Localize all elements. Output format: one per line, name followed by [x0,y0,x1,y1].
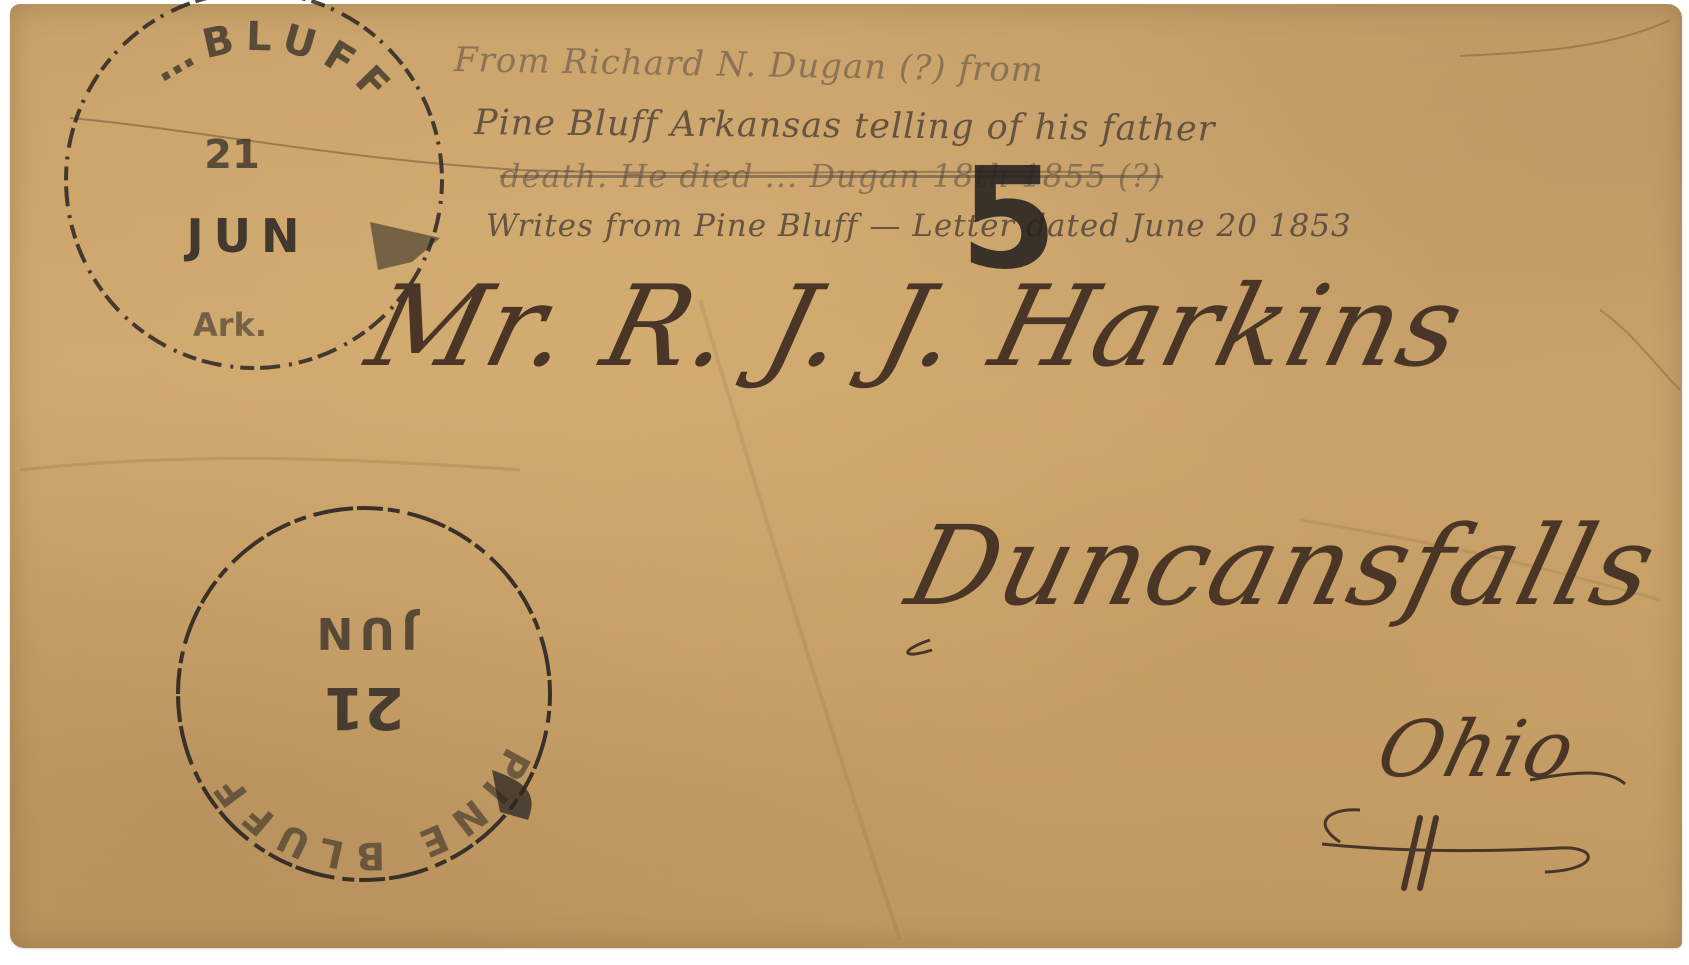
svg-text:21: 21 [204,132,260,178]
docket-line-3: death. He died ... Dugan 18th 1855 (?) [500,157,1163,195]
svg-text:JUN: JUN [184,209,310,263]
svg-text:PINE BLUFF: PINE BLUFF [200,741,539,878]
postmark-lower: 21 JUN PINE BLUFF [178,508,550,880]
address-city: Duncansfalls [896,502,1669,630]
scan-background: 21 JUN …BLUFF Ark. 21 JUN PINE BLUFF [0,0,1689,965]
addressee-name: Mr. R. J. J. Harkins [356,262,1477,392]
svg-text:Ark.: Ark. [193,306,267,344]
address-state: Ohio [1369,705,1586,795]
svg-text:JUN: JUN [311,607,421,658]
docket-line-4: Writes from Pine Bluff — Letter dated Ju… [486,208,1352,244]
docket-line-2: Pine Bluff Arkansas telling of his fathe… [474,103,1216,149]
svg-text:21: 21 [324,674,405,742]
